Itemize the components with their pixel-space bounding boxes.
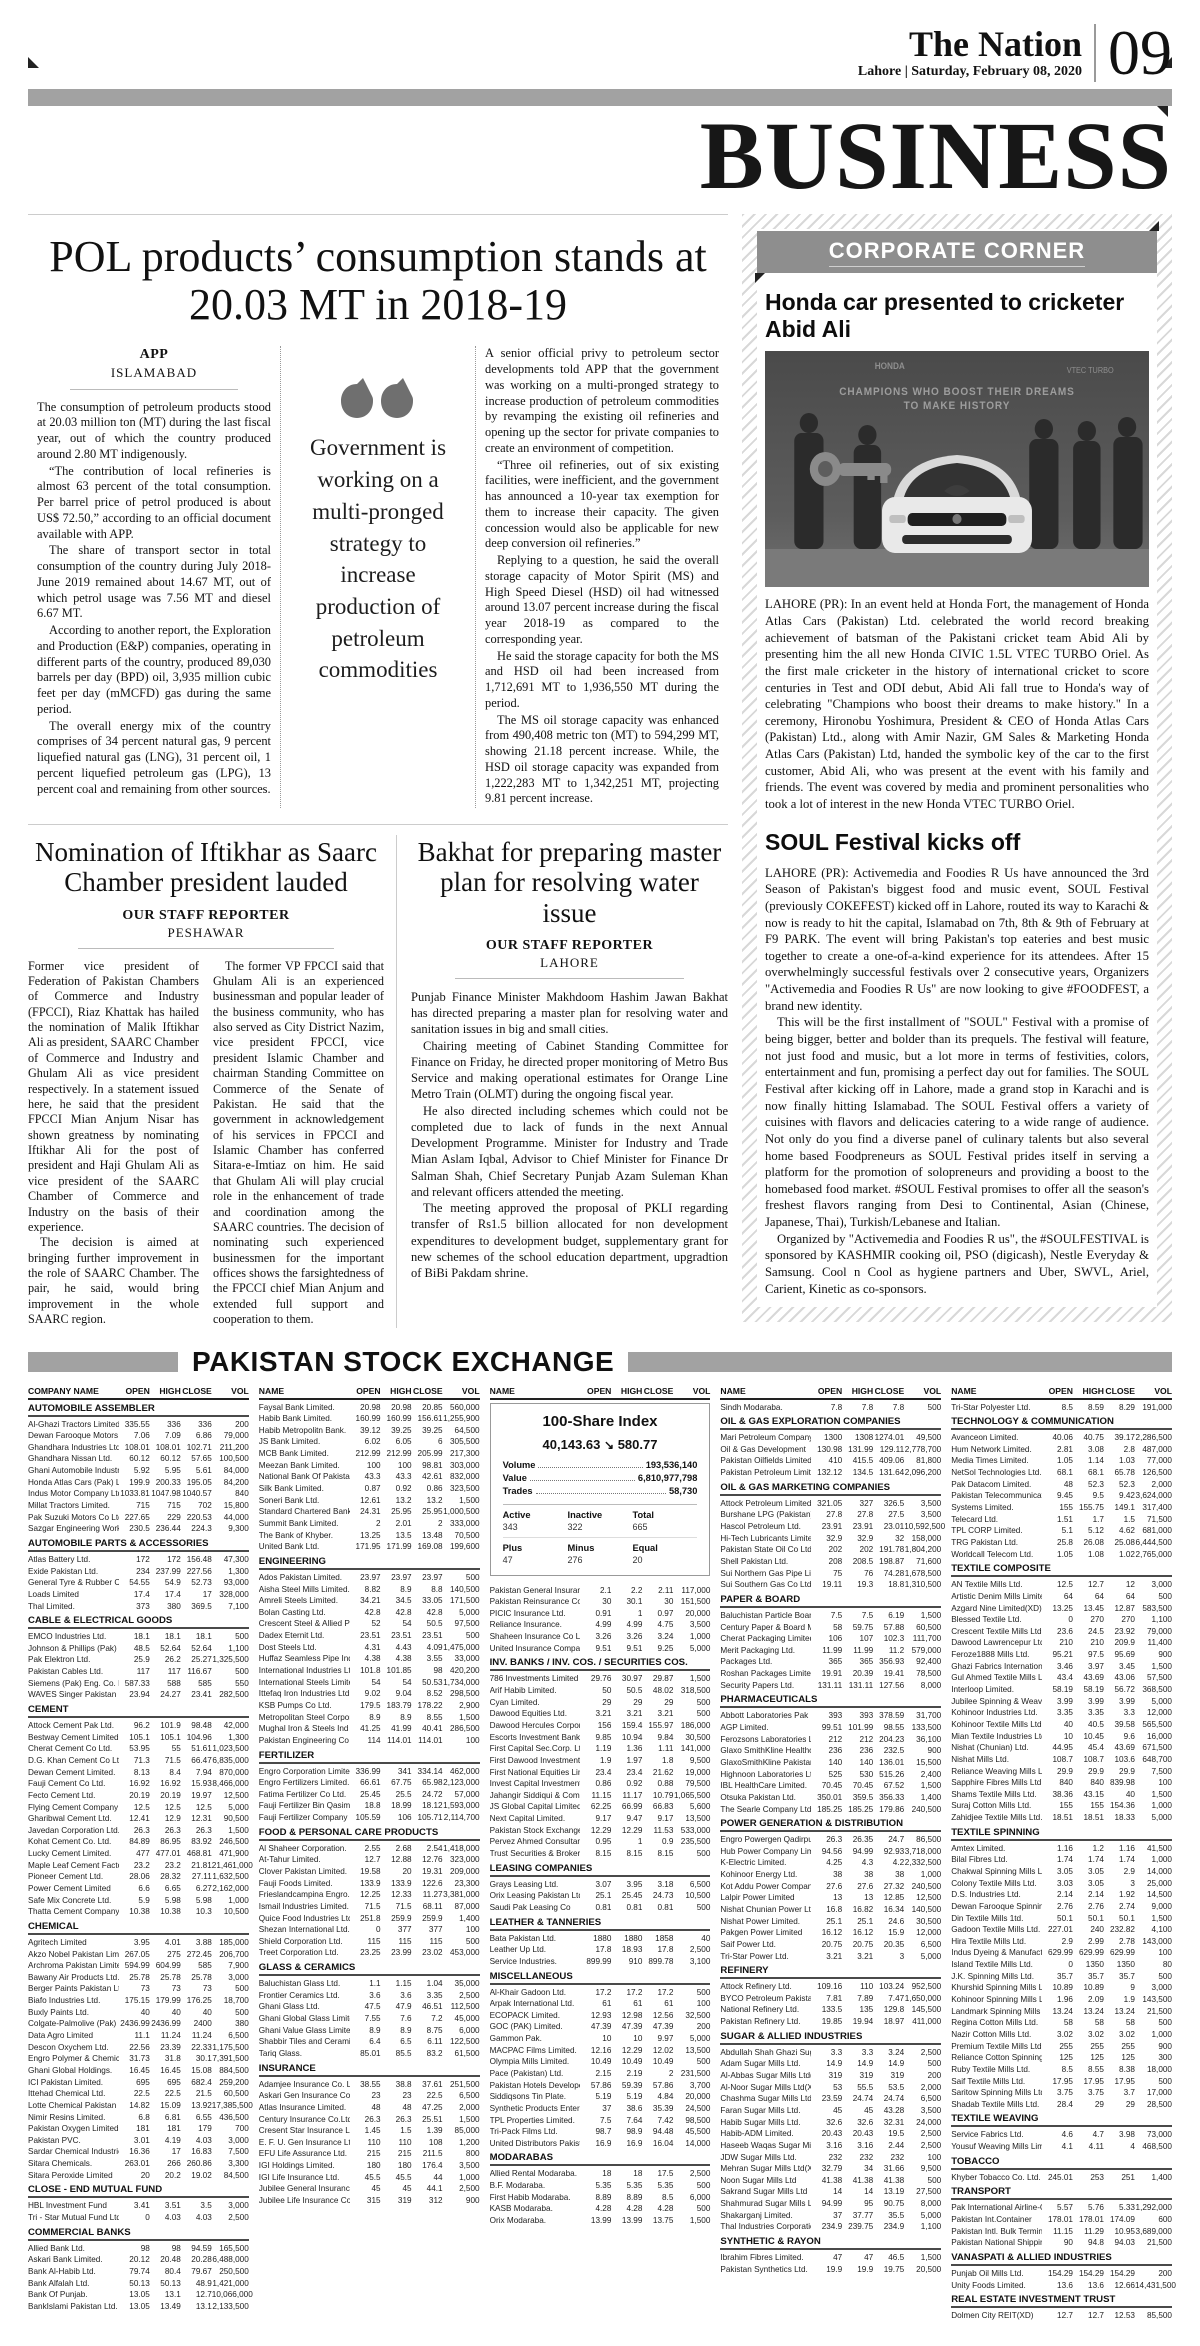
- stock-row: Siddiqsons Tin Plate.5.195.194.8420,000: [490, 2091, 711, 2103]
- stock-column-header: NAMEOPENHIGHCLOSEVOL: [720, 1386, 941, 1400]
- stock-row: Dawood Lawrencepur Ltd.210210209.911,400: [951, 1637, 1172, 1649]
- stock-row: Kohinoor Textile Mills Ltd.4040.539.5856…: [951, 1719, 1172, 1731]
- stock-row: Hub Power Company Limited.94.5694.9992.9…: [720, 1846, 941, 1858]
- stock-row: Shams Textile Mills Ltd.38.3643.15401,50…: [951, 1789, 1172, 1801]
- index-volume-row: Volume193,536,140: [503, 1460, 698, 1470]
- stock-row: Thal Industries Corporation.234.9239.752…: [720, 2221, 941, 2233]
- stock-row: Shell Pakistan Ltd.208208.5198.8771,600: [720, 1556, 941, 1568]
- stock-row: Sitara Chemicals.263.01266260.863,300: [28, 2158, 249, 2170]
- stock-row: Regina Cotton Mills Ltd.585858500: [951, 2017, 1172, 2029]
- paragraph: Former vice president of Federation of P…: [28, 959, 199, 1236]
- stock-row: TPL Properties Limited.7.57.647.4298,500: [490, 2115, 711, 2127]
- stock-row: First Capital Sec.Corp. Ltd.1.191.361.11…: [490, 1743, 711, 1755]
- stock-row: Ghani Glass Ltd.47.547.946.51112,500: [259, 2001, 480, 2013]
- quote-icon: [339, 376, 417, 422]
- stock-row: Standard Chartered Bank.24.3125.9525.951…: [259, 1506, 480, 1518]
- stock-row: IGI Holdings Limited.180180176.43,500: [259, 2160, 480, 2172]
- stock-row: Ghani Global Glass Limited.7.557.67.245,…: [259, 2013, 480, 2025]
- masthead: The Nation Lahore | Saturday, February 0…: [28, 0, 1172, 86]
- stock-row: Pakistan Reinsurance Comp.3030.130151,50…: [490, 1596, 711, 1608]
- stock-row: Safe Mix Concrete Ltd.5.95.985.981,000: [28, 1895, 249, 1907]
- svg-text:TO MAKE HISTORY: TO MAKE HISTORY: [904, 400, 1011, 413]
- stock-sector-header: PHARMACEUTICALS: [720, 1694, 941, 1708]
- corporate-corner-box: CORPORATE CORNER Honda car presented to …: [742, 214, 1172, 1322]
- stock-row: Azgard Nine Limited(XD)13.2513.4512.8758…: [951, 1603, 1172, 1615]
- stock-row: Kohinoor Spinning Mills Ltd.1.962.091.91…: [951, 1994, 1172, 2006]
- paragraph: Chairing meeting of Cabinet Standing Com…: [411, 1038, 728, 1103]
- stock-row: The Searle Company Ltd.185.25185.25179.8…: [720, 1804, 941, 1816]
- stock-row: Shield Corporation Ltd.115115115500: [259, 1936, 480, 1948]
- stock-row: Nishat (Chunian) Ltd.44.9545.443.69671,5…: [951, 1742, 1172, 1754]
- stock-row: Gadoon Textile Mills Ltd.227.01240232.82…: [951, 1924, 1172, 1936]
- stock-row: B.F. Modaraba.5.355.355.35500: [490, 2180, 711, 2192]
- stock-sector-header: REAL ESTATE INVESTMENT TRUST: [951, 2294, 1172, 2308]
- stock-row: EFU Life Assurance Ltd.215215211.5800: [259, 2148, 480, 2160]
- corporate-corner-bar: CORPORATE CORNER: [757, 231, 1157, 273]
- psx-bar-right: [628, 1352, 1172, 1372]
- stock-row: Power Cement Limited6.66.656.272,162,000: [28, 1883, 249, 1895]
- stock-row: Baluchistan Particle Board7.57.56.191,50…: [720, 1610, 941, 1622]
- stock-row: Pakistan Refinery Ltd.19.8519.9418.97411…: [720, 2016, 941, 2028]
- stock-sector-header: SYNTHETIC & RAYON: [720, 2236, 941, 2250]
- stock-row: Kohat Cement Co. Ltd.84.8986.9583.92246,…: [28, 1836, 249, 1848]
- stock-row: Bank Al-Habib Ltd.79.7480.479.67250,500: [28, 2266, 249, 2278]
- stock-row: United Insurance Company.9.519.519.255,0…: [490, 1643, 711, 1655]
- psx-title-bar: PAKISTAN STOCK EXCHANGE: [28, 1346, 1172, 1378]
- stock-row: Biafo Industries Ltd.175.15179.99176.251…: [28, 1995, 249, 2007]
- stock-row: Ados Pakistan Limited.23.9723.9723.97500: [259, 1572, 480, 1584]
- stock-row: Meezan Bank Limited.10010098.81303,000: [259, 1460, 480, 1472]
- stock-row: Lucky Cement Limited.477477.01468.81471,…: [28, 1848, 249, 1860]
- stock-row: Pakistan Intl. Bulk Terminal Ltd.11.1511…: [951, 2226, 1172, 2238]
- stock-row: Jubilee General Insurance454544.12,500: [259, 2183, 480, 2195]
- stock-row: AN Textile Mills Ltd.12.512.7123,000: [951, 1579, 1172, 1591]
- stock-row: Orix Modaraba.13.9913.9913.751,500: [490, 2215, 711, 2227]
- stock-row: Ibrahim Fibres Limited.474746.51,500: [720, 2252, 941, 2264]
- stock-row: Berger Paints Pakistan Ltd.737373500: [28, 1983, 249, 1995]
- stock-row: Ittefaq Iron Industries Ltd.9.029.048.52…: [259, 1688, 480, 1700]
- stock-row: Flying Cement Company Ltd.12.512.512.55,…: [28, 1802, 249, 1814]
- stock-row: Nishat Mills Ltd.108.7108.7103.6648,700: [951, 1754, 1172, 1766]
- stock-row: Attock Petroleum Limited.321.05327326.53…: [720, 1498, 941, 1510]
- pull-quote-text: Government is working on a multi-pronged…: [291, 432, 465, 686]
- stock-row: Clover Pakistan Limited.19.582019.31209,…: [259, 1866, 480, 1878]
- stock-row: D.G. Khan Cement Co Ltd.71.371.566.476,8…: [28, 1755, 249, 1767]
- stock-row: Pak Suzuki Motors Co Ltd.227.65229220.53…: [28, 1512, 249, 1524]
- corner-triangle-left: [28, 57, 39, 68]
- stock-sector-header: VANASPATI & ALLIED INDUSTRIES: [951, 2252, 1172, 2266]
- stock-row: Noon Sugar Mills Ltd41.3841.3841.38500: [720, 2175, 941, 2187]
- stock-row: Habib Sugar Mills Ltd.32.632.632.3124,00…: [720, 2117, 941, 2129]
- stock-row: Haseeb Waqas Sugar Mills Ltd.3.163.162.4…: [720, 2140, 941, 2152]
- stock-row: Trust Securities & Brokerage.8.158.158.1…: [490, 1848, 711, 1860]
- stock-row: Ismail Industries Limited.71.571.568.118…: [259, 1901, 480, 1913]
- stock-row: ECOPACK Limited.12.9312.9812.5632,500: [490, 2010, 711, 2022]
- stock-row: Dadex Eternit Ltd.23.5123.5123.51500: [259, 1630, 480, 1642]
- stock-row: Loads Limited17.417.417328,000: [28, 1589, 249, 1601]
- paragraph: The MS oil storage capacity was enhanced…: [485, 713, 719, 808]
- stock-row: Pakistan National Shipping Co.9094.894.0…: [951, 2237, 1172, 2249]
- stock-sector-header: TOBACCO: [951, 2156, 1172, 2170]
- stock-row: Highnoon Laboratories Ltd.525530515.262,…: [720, 1769, 941, 1781]
- stock-row: Artistic Denim Mills Limited.646464500: [951, 1591, 1172, 1603]
- stock-row: Allied Rental Modaraba.181817.52,500: [490, 2168, 711, 2180]
- stock-row: Habib Bank Limited.160.99160.99156.611,2…: [259, 1413, 480, 1425]
- stock-row: JS Bank Limited.6.026.056305,500: [259, 1436, 480, 1448]
- stock-row: Tri-Pack Films Ltd.98.798.994.4845,500: [490, 2126, 711, 2138]
- stock-sector-header: SUGAR & ALLIED INDUSTRIES: [720, 2031, 941, 2045]
- stock-row: Landmark Spinning Mills Limite13.2413.24…: [951, 2006, 1172, 2018]
- stock-sector-header: POWER GENERATION & DISTRIBUTION: [720, 1818, 941, 1832]
- stock-row: Cyan Limited.292929500: [490, 1697, 711, 1709]
- stock-sector-header: TECHNOLOGY & COMMUNICATION: [951, 1416, 1172, 1430]
- stock-row: Media Times Limited.1.051.141.0377,000: [951, 1455, 1172, 1467]
- stock-row: Shaheen Insurance Co Ltd.3.263.263.241,0…: [490, 1631, 711, 1643]
- stock-row: Akzo Nobel Pakistan Limited.267.05275272…: [28, 1949, 249, 1961]
- stock-row: Telecard Ltd.1.511.71.571,500: [951, 1514, 1172, 1526]
- stock-sector-header: REFINERY: [720, 1965, 941, 1979]
- stock-row: Glaxo SmithKline Healthcare236236232.590…: [720, 1745, 941, 1757]
- paragraph: According to another report, the Explora…: [37, 623, 271, 718]
- stock-row: Mehran Sugar Mills Ltd(XD)32.793431.669,…: [720, 2163, 941, 2175]
- stock-sector-header: INV. BANKS / INV. COS. / SECURITIES COS.: [490, 1657, 711, 1671]
- stock-column-header: COMPANY NAMEOPENHIGHCLOSEVOL: [28, 1386, 249, 1400]
- paragraph: The meeting approved the proposal of PKL…: [411, 1200, 728, 1281]
- stock-row: KASB Modaraba.4.284.284.28500: [490, 2203, 711, 2215]
- stock-row: Arpak International Ltd.616161100: [490, 1998, 711, 2010]
- stock-row: Ferozsons Laboratories Ltd.212212204.233…: [720, 1734, 941, 1746]
- stock-row: Pakistan Oilfields Limited.410415.5409.0…: [720, 1455, 941, 1467]
- stock-row: Exide Pakistan Ltd.234237.99227.561,300: [28, 1566, 249, 1578]
- bakhat-article: Bakhat for preparing master plan for res…: [396, 835, 728, 1327]
- stock-row: Fauji Cement Co Ltd.16.9216.9215.938,466…: [28, 1778, 249, 1790]
- stock-sector-header: CABLE & ELECTRICAL GOODS: [28, 1615, 249, 1629]
- paragraph: “Three oil refineries, out of six existi…: [485, 458, 719, 553]
- stock-row: Bank Of Punjab.13.0513.112.710,066,000: [28, 2289, 249, 2301]
- stock-row: Indus Motor Company Ltd.1033.811047.9810…: [28, 1488, 249, 1500]
- stock-row: Escorts Investment Bank Ltd.9.8510.949.8…: [490, 1732, 711, 1744]
- paragraph: The share of transport sector in total c…: [37, 543, 271, 622]
- stock-row: Pak International Airline-Corp5.575.765.…: [951, 2202, 1172, 2214]
- stock-row: Din Textile Mills 1td.50.150.150.11,500: [951, 1913, 1172, 1925]
- byline: OUR STAFF REPORTER: [411, 938, 728, 954]
- stock-row: Hira Textile Mills Ltd.2.92.992.78143,00…: [951, 1936, 1172, 1948]
- stock-sector-header: FOOD & PERSONAL CARE PRODUCTS: [259, 1827, 480, 1841]
- stock-row: Shabbir Tiles and Ceramics.6.46.56.11122…: [259, 2036, 480, 2048]
- stock-row: Burshane LPG (Pakistan)27.827.827.53,500: [720, 1509, 941, 1521]
- stock-row: GOC (PAK) Limited.47.3947.3947.39200: [490, 2021, 711, 2033]
- stock-row: National Bank Of Pakistan.43.343.342.618…: [259, 1471, 480, 1483]
- stock-row: Javedan Corporation Ltd.26.326.326.31,50…: [28, 1825, 249, 1837]
- stock-row: Johnson & Phillips (Pak) Ltd.48.552.6452…: [28, 1643, 249, 1655]
- stock-row: The Bank of Khyber.13.2513.513.4870,500: [259, 1530, 480, 1542]
- stock-row: Pak Datacom Limited.4852.352.32,000: [951, 1479, 1172, 1491]
- stock-row: Atlas Battery Ltd.172172156.4847,300: [28, 1554, 249, 1566]
- corporate-corner-label: CORPORATE CORNER: [829, 238, 1085, 267]
- stock-row: TRG Pakistan Ltd.25.826.0825.086,444,500: [951, 1537, 1172, 1549]
- stock-row: Amtex Limited.1.161.21.1641,500: [951, 1843, 1172, 1855]
- stock-column-header: NAMEOPENHIGHCLOSEVOL: [259, 1386, 480, 1400]
- stock-row: Jahangir Siddiqui & Company11.1511.1710.…: [490, 1790, 711, 1802]
- stock-row: Bank Alfalah Ltd.50.1350.1348.91,421,000: [28, 2278, 249, 2290]
- stock-row: Engro Polymer & Chemicals31.7331.830.17,…: [28, 2053, 249, 2065]
- stock-row: First Habib Modaraba.8.898.898.56,000: [490, 2192, 711, 2204]
- stock-row: Baluchistan Glass Ltd.1.11.151.0435,000: [259, 1978, 480, 1990]
- stock-row: Al-Noor Sugar Mills Ltd(XD)5355.553.52,0…: [720, 2082, 941, 2094]
- stock-row: Treet Corporation Ltd.23.2523.9923.02453…: [259, 1947, 480, 1959]
- stock-row: Ghazi Fabrics International Ltd.3.463.97…: [951, 1661, 1172, 1673]
- stock-row: Sakrand Sugar Mills Ltd141413.1927,500: [720, 2186, 941, 2198]
- stock-row: Pakistan State Oil Co Ltd.202202191.781,…: [720, 1544, 941, 1556]
- down-arrow-icon: ↘: [604, 1438, 614, 1452]
- stock-row: Saudi Pak Leasing Co0.810.810.81500: [490, 1902, 711, 1914]
- stock-row: Fatima Fertilizer Co Ltd.25.4525.524.725…: [259, 1789, 480, 1801]
- index-title: 100-Share Index: [503, 1413, 698, 1430]
- share-index-box: 100-Share Index 40,143.63 ↘ 580.77 Volum…: [490, 1403, 711, 1576]
- stock-row: Ruby Textile Mills Ltd.8.58.558.3818,000: [951, 2064, 1172, 2076]
- stock-row: United Bank Ltd.171.95171.99169.08199,60…: [259, 1541, 480, 1553]
- stock-row: Thatta Cement Company.10.3810.3810.310,5…: [28, 1906, 249, 1918]
- paragraph: LAHORE (PR): Activemedia and Foodies R U…: [765, 865, 1149, 1015]
- paragraph: Organized by "Activemedia and Foodies R …: [765, 1231, 1149, 1298]
- stock-row: Hum Network Limited.2.813.082.8487,000: [951, 1444, 1172, 1456]
- stock-row: Dewan Farooque Spinning.2.762.762.749,00…: [951, 1901, 1172, 1913]
- stock-row: National Refinery Ltd.133.5135129.8145,5…: [720, 2004, 941, 2016]
- stock-sector-header: LEATHER & TANNERIES: [490, 1917, 711, 1931]
- stock-sector-header: TEXTILE COMPOSITE: [951, 1563, 1172, 1577]
- stock-row: Otsuka Pakistan Ltd.350.01359.5356.331,4…: [720, 1792, 941, 1804]
- stock-row: JS Global Capital Limited.62.2566.9966.8…: [490, 1801, 711, 1813]
- stock-column-1: COMPANY NAMEOPENHIGHCLOSEVOLAUTOMOBILE A…: [28, 1386, 249, 2322]
- stock-row: Colony Textile Mills Ltd.3.033.05325,000: [951, 1878, 1172, 1890]
- stock-row: Millat Tractors Limited.71571570215,800: [28, 1500, 249, 1512]
- stock-row: Roshan Packages Limited.19.9120.3919.417…: [720, 1668, 941, 1680]
- stock-row: First Dawood Investment Bank1.91.971.89,…: [490, 1755, 711, 1767]
- stock-row: At-Tahur Limited.12.712.8812.76323,000: [259, 1854, 480, 1866]
- stock-row: Hi-Tech Lubricants Limited32.932.932158,…: [720, 1533, 941, 1545]
- stock-row: Fecto Cement Ltd.20.1920.1919.9712,500: [28, 1790, 249, 1802]
- stock-row: Al-Ghazi Tractors Limited.335.5533633620…: [28, 1419, 249, 1431]
- stock-row: IGI Life Insurance Ltd.45.545.5441,000: [259, 2172, 480, 2184]
- paragraph: Punjab Finance Minister Makhdoom Hashim …: [411, 989, 728, 1038]
- stock-row: Faysal Bank Limited.20.9820.9820.85560,0…: [259, 1402, 480, 1414]
- stock-row: AGP Limited.99.51101.9998.55133,500: [720, 1722, 941, 1734]
- lead-column-3: A senior official privy to petroleum sec…: [476, 346, 728, 808]
- stock-row: KSB Pumps Co Ltd.179.5183.79178.222,900: [259, 1700, 480, 1712]
- stock-row: HBL Investment Fund3.413.513.53,000: [28, 2200, 249, 2212]
- stock-row: Dewan Farooque Motors7.067.096.8679,000: [28, 1430, 249, 1442]
- stock-sector-header: ENGINEERING: [259, 1556, 480, 1570]
- stock-row: Dewan Cement Limited.8.138.47.94870,000: [28, 1767, 249, 1779]
- index-value-row: Value6,810,977,798: [503, 1473, 698, 1483]
- stock-row: Huffaz Seamless Pipe Industrie.4.384.383…: [259, 1653, 480, 1665]
- stock-row: Al Shaheer Corporation.2.552.682.541,418…: [259, 1843, 480, 1855]
- stock-row: Sui Northern Gas Pipe Line Ltd.757674.28…: [720, 1568, 941, 1580]
- stock-row: Shakarganj Limited.3737.7735.55,000: [720, 2210, 941, 2222]
- stock-row: Zahidjee Textile Mills Ltd.18.5118.5118.…: [951, 1812, 1172, 1824]
- index-value: 40,143.63 ↘ 580.77: [503, 1437, 698, 1452]
- stock-row: Chashma Sugar Mills Ltd(XD)23.5924.7424.…: [720, 2093, 941, 2105]
- stock-column-5: NAMEOPENHIGHCLOSEVOLTri-Star Polyester L…: [951, 1386, 1172, 2322]
- stock-row: Cherat Packaging Limited.106107102.3111,…: [720, 1633, 941, 1645]
- stock-row: Century Paper & Board Mills.5859.7557.88…: [720, 1622, 941, 1634]
- stock-row: Sitara Peroxide Limited2020.219.0284,500: [28, 2170, 249, 2182]
- paragraph: LAHORE (PR): In an event held at Honda F…: [765, 596, 1149, 812]
- stock-row: Blessed Textile Ltd.02702701,100: [951, 1614, 1172, 1626]
- stock-row: E. F. U. Gen Insurance Ltd.1101101081,20…: [259, 2137, 480, 2149]
- stock-row: Tariq Glass.85.0185.583.261,500: [259, 2048, 480, 2060]
- stock-row: Kohinoor Energy Ltd.3838381,000: [720, 1869, 941, 1881]
- stock-row: Pakistan PVC.3.014.194.033,000: [28, 2135, 249, 2147]
- stock-row: Sardar Chemical IndustriesLtd.16.361716.…: [28, 2146, 249, 2158]
- stock-row: Gammon Pak.10109.975,000: [490, 2033, 711, 2045]
- stock-row: Oil & Gas Development130.98131.99129.112…: [720, 1444, 941, 1456]
- stock-row: Bestway Cement Limited.105.1105.1104.961…: [28, 1732, 249, 1744]
- stock-row: Pakgen Power Limited16.1216.1215.912,000: [720, 1927, 941, 1939]
- stock-sector-header: GLASS & CERAMICS: [259, 1962, 480, 1976]
- stock-row: Quice Food Industries Ltd.251.8259.9259.…: [259, 1913, 480, 1925]
- masthead-dateline: Lahore | Saturday, February 08, 2020: [858, 64, 1082, 80]
- stock-row: Attock Refinery Ltd.109.16110103.24952,5…: [720, 1981, 941, 1993]
- stock-row: International Steels Limited.545450.531,…: [259, 1677, 480, 1689]
- stock-sector-header: OIL & GAS MARKETING COMPANIES: [720, 1482, 941, 1496]
- index-trades-row: Trades58,730: [503, 1486, 698, 1496]
- stock-row: Packages Ltd.365365356.9392,400: [720, 1656, 941, 1668]
- paragraph: The decision is aimed at bringing furthe…: [28, 1235, 199, 1327]
- stock-row: Pace (Pakistan) Ltd.2.152.192231,500: [490, 2068, 711, 2080]
- stock-sector-header: INSURANCE: [259, 2063, 480, 2077]
- newspaper-page: The Nation Lahore | Saturday, February 0…: [0, 0, 1200, 2346]
- byline-dateline: PESHAWAR: [28, 925, 384, 941]
- stock-row: Al-Khair Gadoon Ltd.17.217.217.2500: [490, 1987, 711, 1999]
- section-title: BUSINESS: [28, 112, 1172, 200]
- stock-row: Saritow Spinning Mills Ltd.3.753.753.717…: [951, 2087, 1172, 2099]
- stock-row: WAVES Singer Pakistan Ltd.23.9424.2723.4…: [28, 1689, 249, 1701]
- stock-row: Abdullah Shah Ghazi Sugar3.33.33.242,500: [720, 2047, 941, 2059]
- stock-row: ICI Pakistan Limited.695695682.4259,200: [28, 2077, 249, 2089]
- stock-row: Yousuf Weaving Mills Limited.4.14.114468…: [951, 2141, 1172, 2153]
- byline-rule: [70, 389, 238, 390]
- byline-dateline: LAHORE: [411, 955, 728, 971]
- byline-dateline: ISLAMABAD: [37, 365, 271, 382]
- stock-row: Tri-Star Polyester Ltd.8.58.598.29191,00…: [951, 1402, 1172, 1414]
- stock-row: Askari Bank Limited.20.1220.4820.286,488…: [28, 2254, 249, 2266]
- stock-row: Abbott Laboratories Pak Ltd.393393378.59…: [720, 1710, 941, 1722]
- stock-row: Mughal Iron & Steels Ind Ltd.41.2541.994…: [259, 1723, 480, 1735]
- paragraph: This will be the first installment of "S…: [765, 1014, 1149, 1230]
- stock-row: Mian Textile Industries Ltd.1010.459.616…: [951, 1731, 1172, 1743]
- stock-row: EMCO Industries Ltd.18.118.118.1500: [28, 1631, 249, 1643]
- stock-row: Bilal Fibres Ltd.1.741.741.741,000: [951, 1854, 1172, 1866]
- stock-row: Nishat Power Limited.25.125.124.630,500: [720, 1916, 941, 1928]
- stock-sector-header: PAPER & BOARD: [720, 1594, 941, 1608]
- stock-row: Amreli Steels Limited.34.2134.533.05171,…: [259, 1595, 480, 1607]
- stock-row: MACPAC Films Limited.12.1612.2912.0213,5…: [490, 2045, 711, 2057]
- stock-row: Allied Bank Ltd.989894.59165,500: [28, 2243, 249, 2255]
- paragraph: The consumption of petroleum products st…: [37, 400, 271, 463]
- stock-row: BYCO Petroleum Pakistan7.817.897.471,650…: [720, 1993, 941, 2005]
- paragraph: “The contribution of local refineries is…: [37, 464, 271, 543]
- stock-row: Al-Abbas Sugar Mills Ltd(XD)319319319200: [720, 2070, 941, 2082]
- nomination-article: Nomination of Iftikhar as Saarc Chamber …: [28, 835, 396, 1327]
- stock-row: Summit Bank Limited.22.012333,000: [259, 1518, 480, 1530]
- stock-row: Agritech Limited3.954.013.88185,000: [28, 1937, 249, 1949]
- stock-row: Pakistan Oxygen Limited.181181179700: [28, 2123, 249, 2135]
- stock-row: Worldcall Telecom Ltd.1.051.081.022,765,…: [951, 1549, 1172, 1561]
- byline-rule: [78, 948, 334, 949]
- stock-row: First National Equities Limited.23.423.4…: [490, 1767, 711, 1779]
- stock-row: Island Textile Mills Ltd.01350135080: [951, 1959, 1172, 1971]
- stock-row: Fauji Fertilizer Company Ltd.105.5910610…: [259, 1812, 480, 1824]
- stock-row: D.S. Industries Ltd.2.142.141.9214,500: [951, 1889, 1172, 1901]
- stock-row: Nimir Resins Limited.6.86.816.55436,500: [28, 2112, 249, 2124]
- svg-text:VTEC TURBO: VTEC TURBO: [1067, 366, 1114, 375]
- stock-sector-header: MODARABAS: [490, 2152, 711, 2166]
- psx-bar-left: [28, 1352, 178, 1372]
- stock-row: BankIslami Pakistan Ltd.13.0513.4913.12,…: [28, 2301, 249, 2313]
- stock-row: Unity Foods Limited.13.613.612.6614,431,…: [951, 2280, 1172, 2292]
- stock-row: Colgate-Palmolive (Pak) Ltd2436.992436.9…: [28, 2018, 249, 2030]
- stock-row: Habib-ADM Limited.20.4320.4319.52,500: [720, 2128, 941, 2140]
- stock-row: Faran Sugar Mills Ltd.454543.283,500: [720, 2105, 941, 2117]
- stock-row: Mari Petroleum Company Ltd.130013081274.…: [720, 1432, 941, 1444]
- stock-row: Punjab Oil Mills Ltd.154.29154.29154.292…: [951, 2268, 1172, 2280]
- stock-row: Tri-Star Power Ltd.3.213.2135,000: [720, 1951, 941, 1963]
- stock-row: GlaxoSmithKline Pakistan140140136.0115,5…: [720, 1757, 941, 1769]
- stock-row: Pakistan Synthetics Ltd.19.919.919.7520,…: [720, 2264, 941, 2276]
- stock-row: Suraj Cotton Mills Ltd.155155154.361,000: [951, 1800, 1172, 1812]
- stock-row: Saif Power Ltd.20.7520.7520.356,500: [720, 1939, 941, 1951]
- paragraph: He said the storage capacity for both th…: [485, 649, 719, 712]
- paragraph: He also directed including schemes which…: [411, 1103, 728, 1201]
- stock-sector-header: AUTOMOBILE PARTS & ACCESSORIES: [28, 1538, 249, 1552]
- stock-row: Ittehad Chemical Ltd.22.522.521.560,500: [28, 2088, 249, 2100]
- stock-column-header: NAMEOPENHIGHCLOSEVOL: [951, 1386, 1172, 1400]
- stock-row: Engro Powergen Qadirpur Ltd.26.326.3524.…: [720, 1834, 941, 1846]
- index-stats-row-2: Plus47 Minus276 Equal20: [503, 1537, 698, 1565]
- lead-headline: POL products’ consumption stands at 20.0…: [38, 233, 718, 328]
- paragraph: Replying to a question, he said the over…: [485, 553, 719, 648]
- stock-row: Cherat Cement Co Ltd.53.955551.611,023,5…: [28, 1743, 249, 1755]
- lead-column-1: APP ISLAMABAD The consumption of petrole…: [28, 346, 280, 808]
- stock-row: Pakistan General Insurance2.12.22.11117,…: [490, 1585, 711, 1597]
- stock-row: Ghandhara Nissan Ltd.60.1260.1257.65100,…: [28, 1453, 249, 1465]
- stock-row: Pakistan Cables Ltd.117117116.67500: [28, 1666, 249, 1678]
- stock-row: Invest Capital Investment Bank0.860.920.…: [490, 1778, 711, 1790]
- stock-row: Archroma Pakistan Limited.594.99604.9958…: [28, 1960, 249, 1972]
- stock-row: Tri - Star Mutual Fund Ltd.04.034.032,50…: [28, 2212, 249, 2224]
- stock-row: Buxly Paints Ltd.404040500: [28, 2007, 249, 2019]
- stock-row: Siemens (Pak) Eng. Co. Ltd.587.335885855…: [28, 1678, 249, 1690]
- honda-article-body: LAHORE (PR): In an event held at Honda F…: [765, 596, 1149, 812]
- stock-row: Crescent Steel & Allied Product.525450.5…: [259, 1618, 480, 1630]
- stock-row: Frontier Ceramics Ltd.3.63.63.352,500: [259, 1990, 480, 2002]
- pull-quote: Government is working on a multi-pronged…: [280, 346, 476, 808]
- stock-row: Next Capital Limited.9.179.479.1713,500: [490, 1813, 711, 1825]
- stock-sector-header: TEXTILE SPINNING: [951, 1827, 1172, 1841]
- stock-sector-header: MISCELLANEOUS: [490, 1971, 711, 1985]
- byline-rule: [455, 978, 683, 979]
- stock-row: K-Electric Limited.4.254.34.22,332,500: [720, 1857, 941, 1869]
- stock-row: Pioneer Cement Ltd.28.0628.3227.111,632,…: [28, 1871, 249, 1883]
- masthead-divider: [1094, 24, 1096, 82]
- stock-row: Descon Oxychem Ltd.22.5623.3922.331,175,…: [28, 2042, 249, 2054]
- stock-sector-header: FERTILIZER: [259, 1750, 480, 1764]
- stock-row: Century Insurance Co.Ltd.26.326.325.511,…: [259, 2114, 480, 2126]
- stock-row: Aisha Steel Mills Limited.8.828.98.8140,…: [259, 1584, 480, 1596]
- stock-row: Ghani Automobile Industries.5.925.955.61…: [28, 1465, 249, 1477]
- stock-row: Synthetic Products Enterprises3738.635.3…: [490, 2103, 711, 2115]
